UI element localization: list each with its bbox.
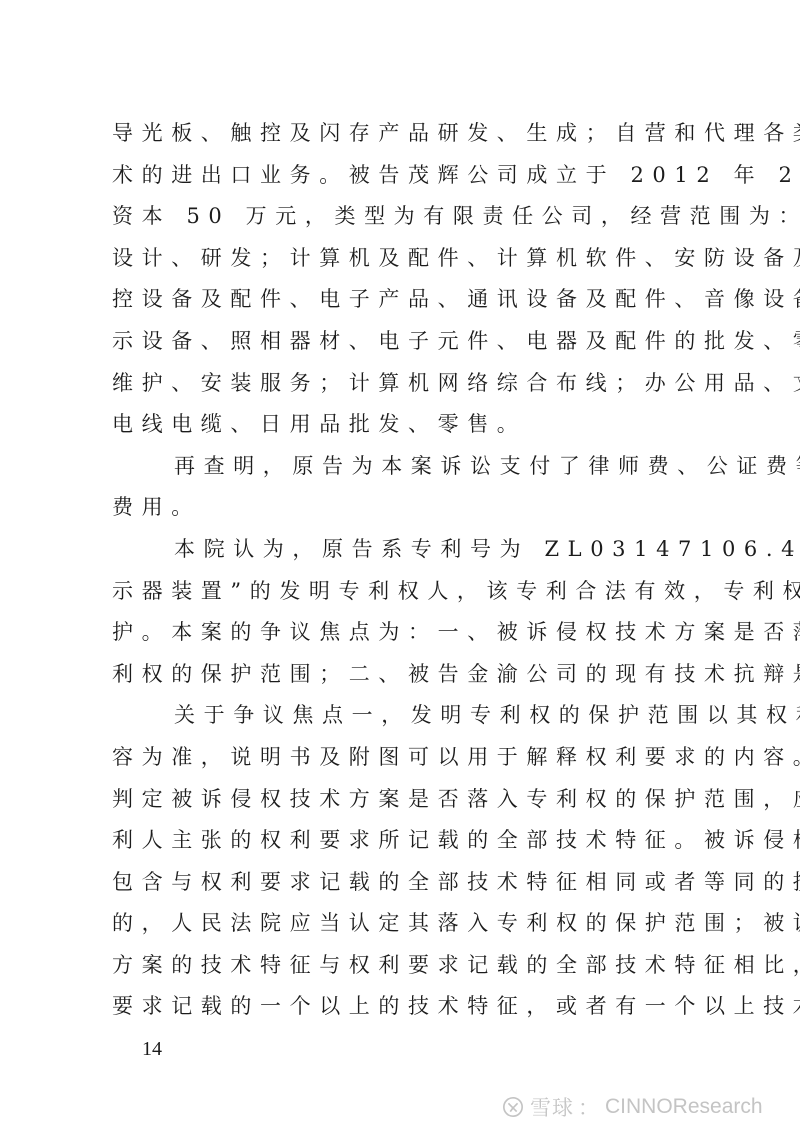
text-line: 再查明，原告为本案诉讼支付了律师费、公证费等维权合理 xyxy=(112,446,712,488)
text-line: 维护、安装服务；计算机网络综合布线；办公用品、文体用品、 xyxy=(112,363,712,405)
text-line: 方案的技术特征与权利要求记载的全部技术特征相比，缺少权利 xyxy=(112,945,712,987)
text-line: 费用。 xyxy=(112,487,712,529)
text-line: 护。本案的争议焦点为：一、被诉侵权技术方案是否落入涉案专 xyxy=(112,612,712,654)
text-line: 控设备及配件、电子产品、通讯设备及配件、音像设备、投影显 xyxy=(112,279,712,321)
text-line: 资本 50 万元，类型为有限责任公司，经营范围为：电子产品的 xyxy=(112,196,712,238)
text-line: 要求记载的一个以上的技术特征，或者有一个以上技术特征不相 xyxy=(112,986,712,1028)
xueqiu-logo-icon xyxy=(502,1096,524,1118)
text-line: 判定被诉侵权技术方案是否落入专利权的保护范围，应当审查权 xyxy=(112,779,712,821)
watermark-brand: 雪球 xyxy=(530,1092,574,1122)
text-line: 的，人民法院应当认定其落入专利权的保护范围；被诉侵权技术 xyxy=(112,903,712,945)
page-number: 14 xyxy=(142,1038,162,1061)
text-line: 示设备、照相器材、电子元件、电器及配件的批发、零售及维修、 xyxy=(112,321,712,363)
text-line: 本院认为，原告系专利号为 ZL03147106.4、名称为“液晶显 xyxy=(112,529,712,571)
text-line: 电线电缆、日用品批发、零售。 xyxy=(112,404,712,446)
document-body: 导光板、触控及闪存产品研发、生成；自营和代理各类商品和技 术的进出口业务。被告茂… xyxy=(112,113,712,1028)
document-page: 导光板、触控及闪存产品研发、生成；自营和代理各类商品和技 术的进出口业务。被告茂… xyxy=(0,0,800,1132)
text-line: 导光板、触控及闪存产品研发、生成；自营和代理各类商品和技 xyxy=(112,113,712,155)
text-line: 关于争议焦点一，发明专利权的保护范围以其权利要求的内 xyxy=(112,695,712,737)
text-line: 包含与权利要求记载的全部技术特征相同或者等同的技术特征 xyxy=(112,862,712,904)
text-line: 示器装置”的发明专利权人，该专利合法有效，专利权受法律保 xyxy=(112,571,712,613)
text-line: 容为准，说明书及附图可以用于解释权利要求的内容。人民法院 xyxy=(112,737,712,779)
watermark-separator: ： xyxy=(578,1092,599,1122)
watermark: 雪球 ： CINNOResearch xyxy=(502,1092,763,1122)
text-line: 术的进出口业务。被告茂辉公司成立于 2012 年 2 月 15 日，注册 xyxy=(112,155,712,197)
text-line: 利人主张的权利要求所记载的全部技术特征。被诉侵权技术方案 xyxy=(112,820,712,862)
text-line: 设计、研发；计算机及配件、计算机软件、安防设备及配件、监 xyxy=(112,238,712,280)
watermark-account: CINNOResearch xyxy=(605,1095,763,1119)
text-line: 利权的保护范围；二、被告金渝公司的现有技术抗辩是否成立。 xyxy=(112,654,712,696)
